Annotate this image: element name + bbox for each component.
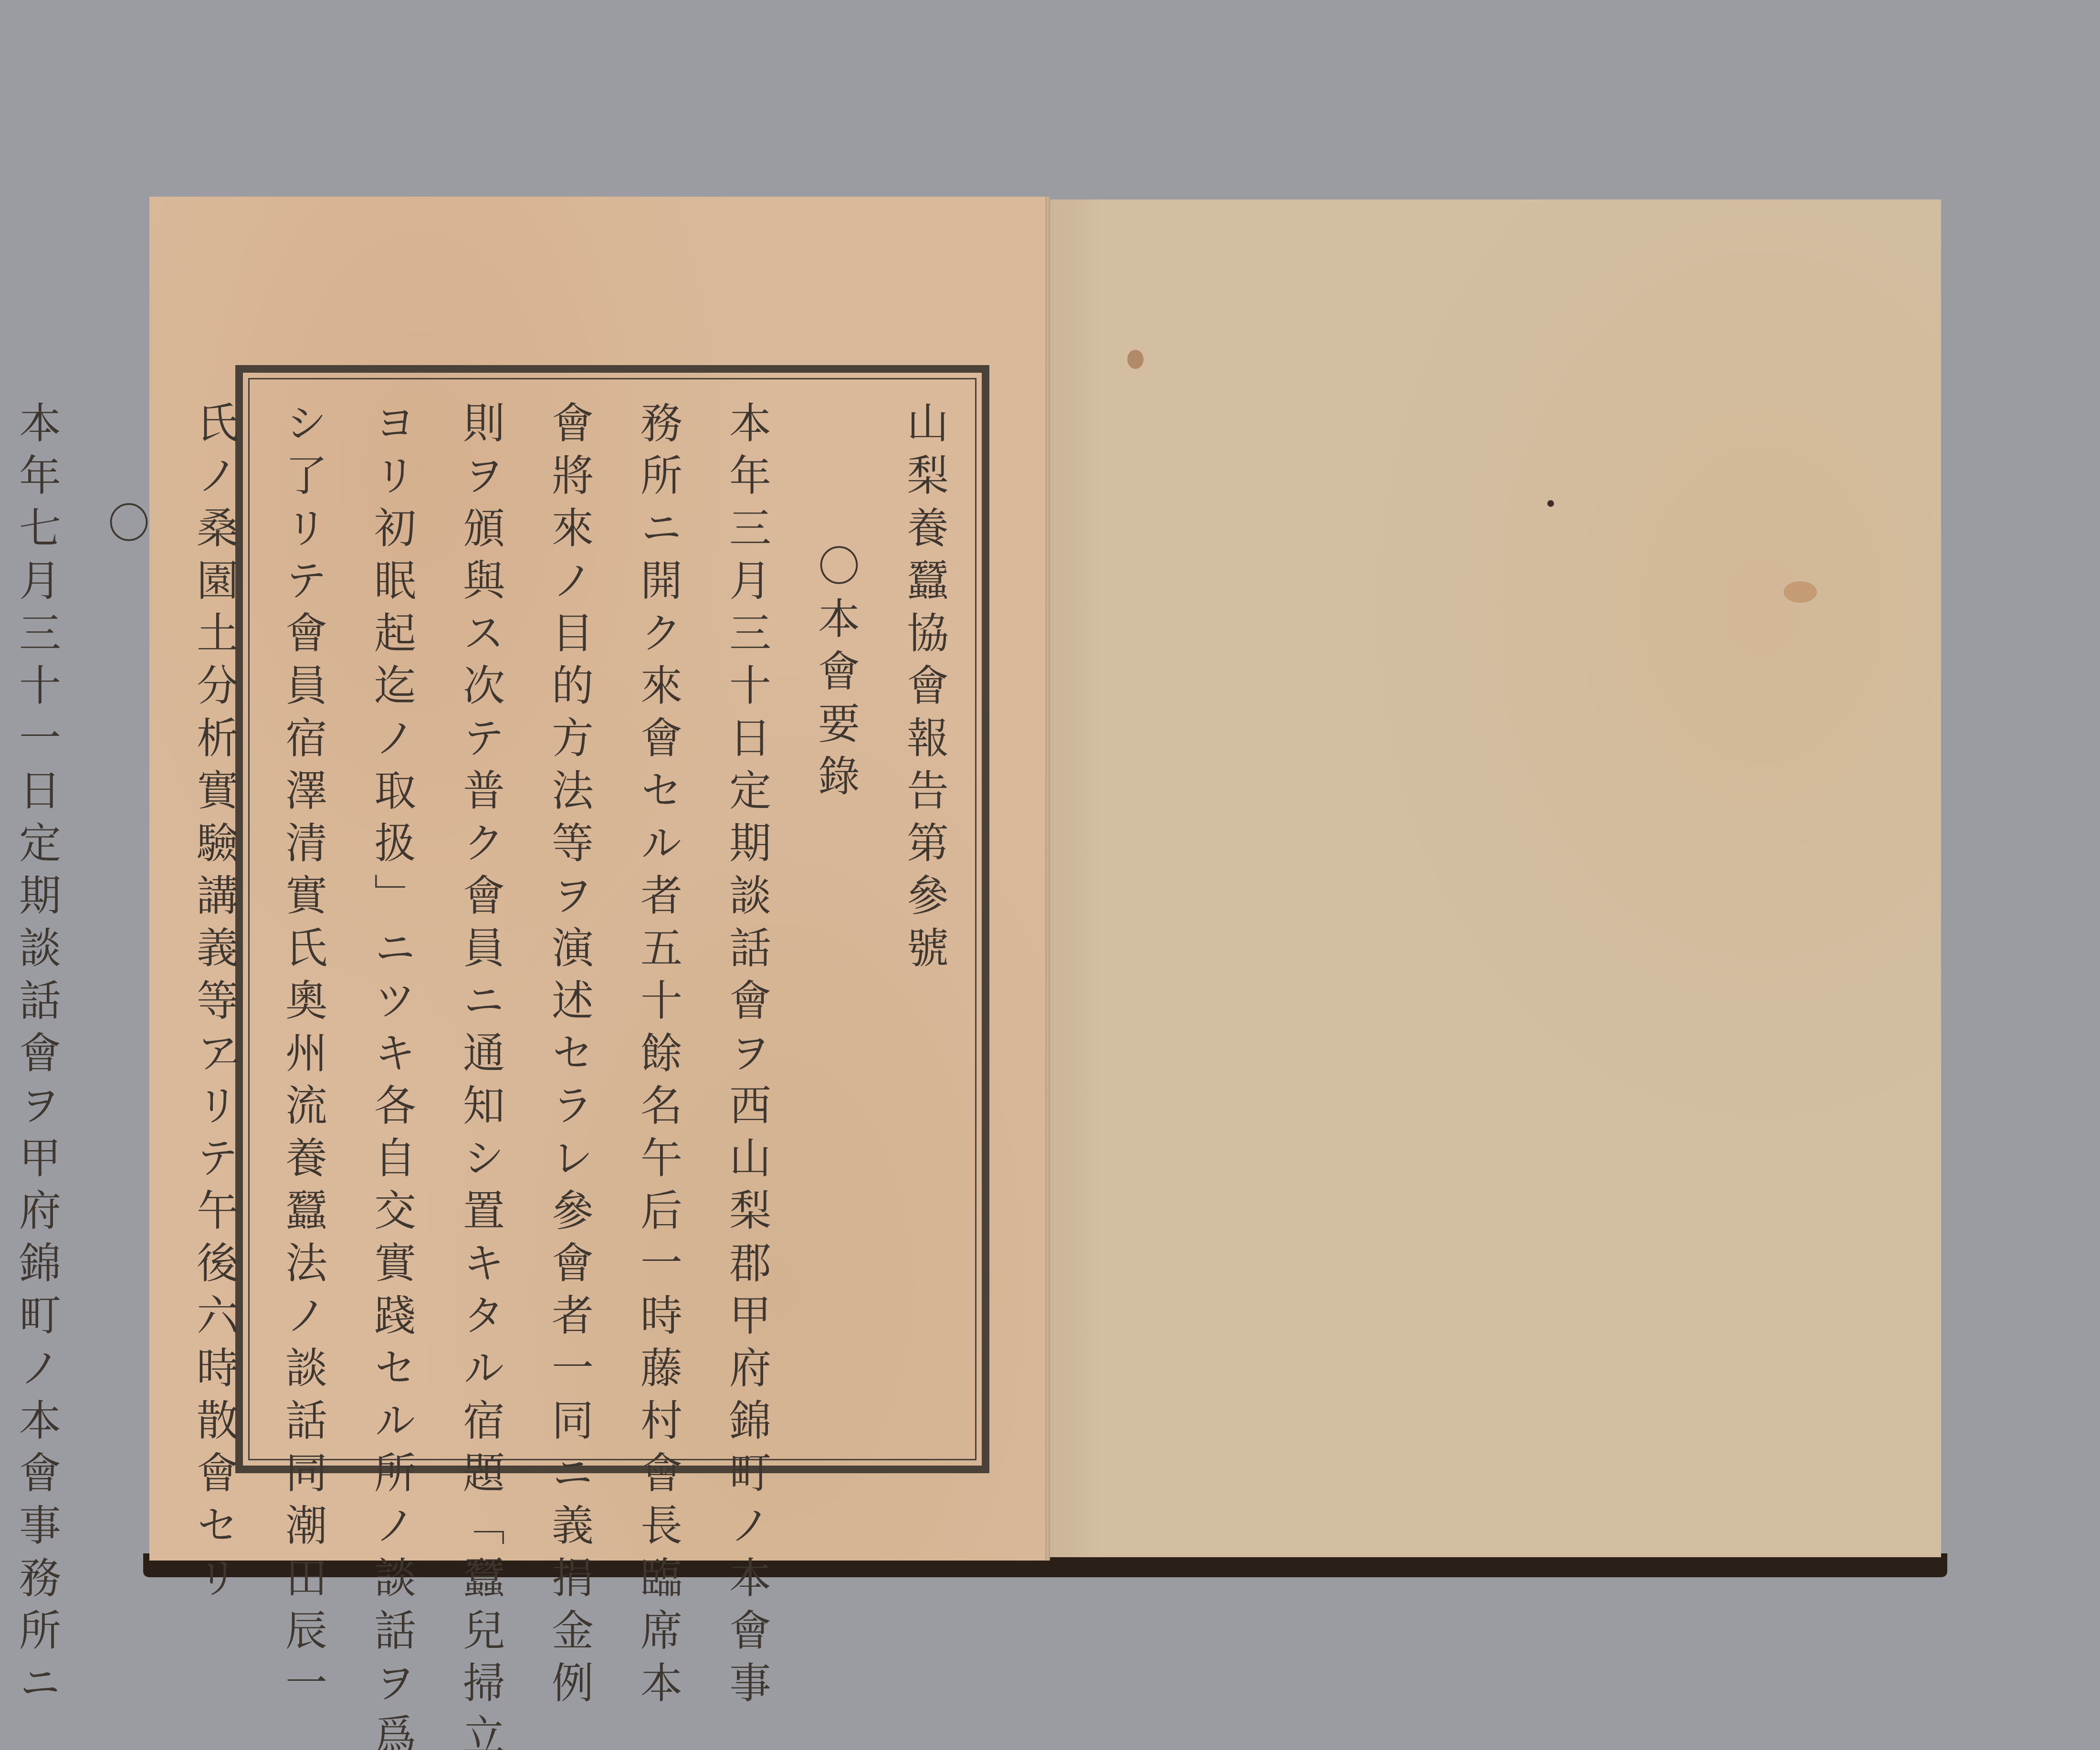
section-mark: 〇 xyxy=(81,401,170,1451)
text-column: シ了リテ會員宿澤清實氏奧州流養蠶法ノ談話同潮田辰一 xyxy=(259,401,347,1451)
document-title: 山梨養蠶協會報告第參號 xyxy=(880,401,969,1451)
text-column: 本年三月三十日定期談話會ヲ西山梨郡甲府錦町ノ本會事 xyxy=(703,401,791,1451)
book-gutter xyxy=(1045,197,1050,1561)
text-column: 則ヲ頒與ス次テ普ク會員ニ通知シ置キタル宿題「蠶兒掃立 xyxy=(436,401,525,1451)
text-column: ヨリ初眠起迄ノ取扱」ニツキ各自交實踐セル所ノ談話ヲ爲 xyxy=(347,401,436,1451)
ink-stain xyxy=(1127,350,1144,369)
page-number: 一 xyxy=(211,1050,240,1079)
paper-hole xyxy=(1547,500,1554,507)
vertical-text-block: 山梨養蠶協會報告第參號 〇本會要錄 本年三月三十日定期談話會ヲ西山梨郡甲府錦町ノ… xyxy=(258,401,969,1451)
text-column: 氏ノ桑園土分析實驗講義等アリテ午後六時散會セリ xyxy=(170,401,259,1451)
foxing-stain xyxy=(1784,581,1817,603)
section-heading: 〇本會要錄 xyxy=(791,401,880,1451)
text-column: 會將來ノ目的方法等ヲ演述セラレ參會者一同ニ義捐金例 xyxy=(525,401,614,1451)
right-page xyxy=(1049,199,1941,1557)
text-column: 本年七月三十一日定期談話會ヲ甲府錦町ノ本會事務所ニ xyxy=(0,401,81,1451)
text-column: 務所ニ開ク來會セル者五十餘名午后一時藤村會長臨席本 xyxy=(614,401,703,1451)
